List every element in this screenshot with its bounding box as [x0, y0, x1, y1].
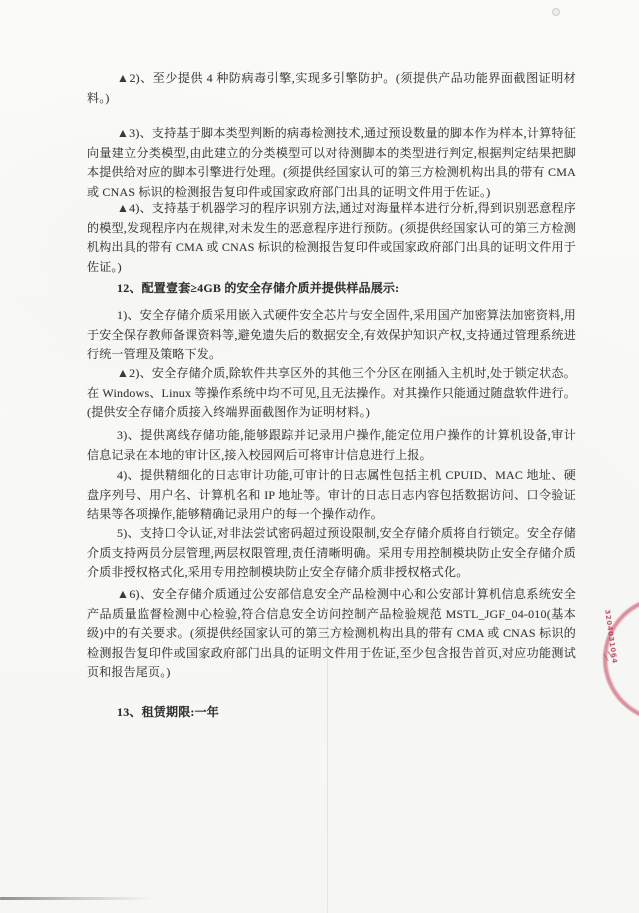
clause-machine-learning: ▲4)、支持基于机器学习的程序识别方法,通过对海量样本进行分析,得到识别恶意程序…: [87, 199, 576, 277]
clause-script-detection: ▲3)、支持基于脚本类型判断的病毒检测技术,通过预设数量的脚本作为样本,计算特征…: [87, 124, 576, 202]
clause-password-auth: 5)、支持口令认证,对非法尝试密码超过预设限制,安全存储介质将自行锁定。安全存储…: [87, 524, 576, 583]
clause-offline-storage: 3)、提供离线存储功能,能够跟踪并记录用户操作,能定位用户操作的计算机设备,审计…: [87, 426, 576, 465]
clause-storage-hardware: 1)、安全存储介质采用嵌入式硬件安全芯片与安全固件,采用国产加密算法加密资料,用…: [87, 306, 576, 365]
clause-log-audit: 4)、提供精细化的日志审计功能,可审计的日志属性包括主机 CPUID、MAC 地…: [87, 466, 576, 525]
scanned-document-page: ▲2)、至少提供 4 种防病毒引擎,实现多引擎防护。(须提供产品功能界面截图证明…: [0, 0, 639, 913]
clause-certification: ▲6)、安全存储介质通过公安部信息安全产品检测中心和公安部计算机信息系统安全产品…: [87, 585, 576, 683]
clause-storage-partitions: ▲2)、安全存储介质,除软件共享区外的其他三个分区在刚插入主机时,处于锁定状态。…: [87, 364, 576, 423]
scan-edge-artifact: [0, 897, 160, 900]
page-fold-line: [327, 560, 328, 913]
clause-antivirus-engines: ▲2)、至少提供 4 种防病毒引擎,实现多引擎防护。(须提供产品功能界面截图证明…: [87, 69, 576, 108]
heading-item-13: 13、租赁期限:一年: [87, 703, 576, 723]
scan-speck: [552, 8, 560, 16]
heading-item-12: 12、配置壹套≥4GB 的安全存储介质并提供样品展示:: [87, 279, 576, 299]
